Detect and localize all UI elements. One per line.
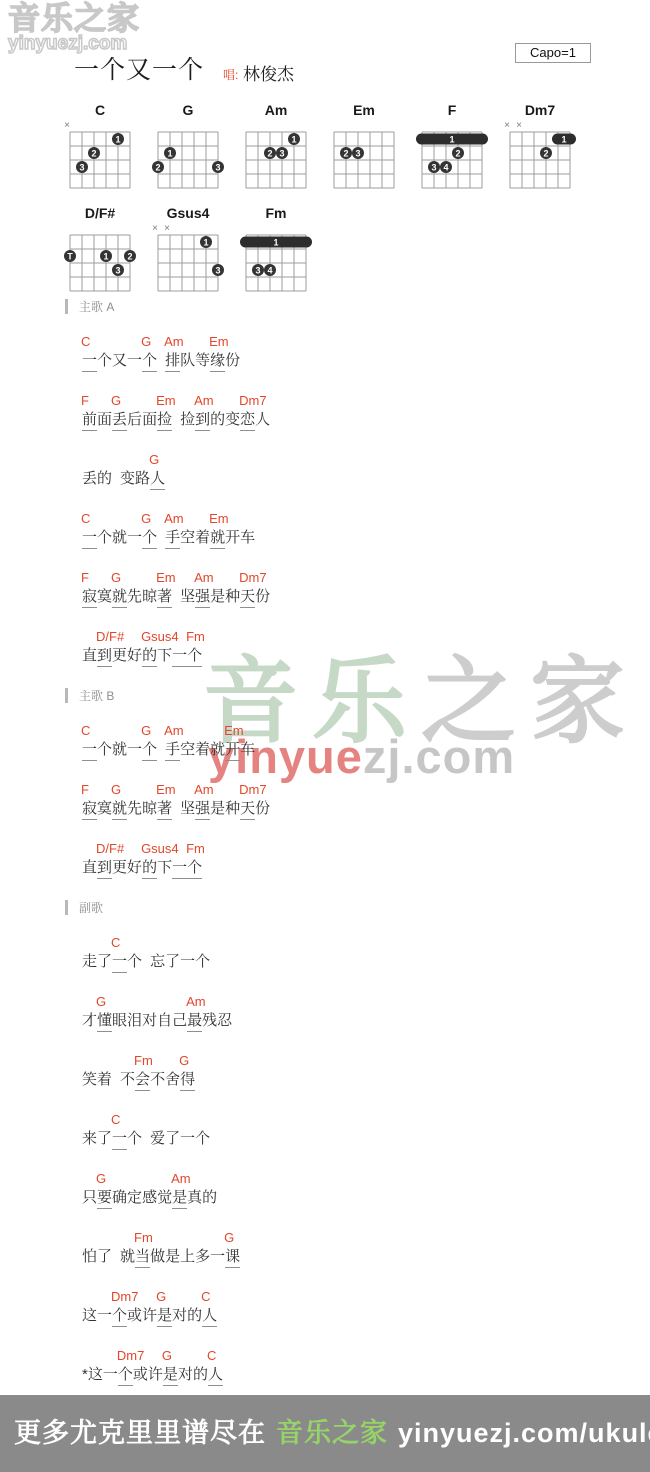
lyric-char: 面 xyxy=(142,409,157,430)
lyric-char: 对 xyxy=(172,1305,187,1326)
song-title: 一个又一个 xyxy=(74,50,204,86)
lyric-char: 到D/F# xyxy=(97,645,112,667)
lyric-char: 下 xyxy=(157,857,172,878)
chord-diagram-Em: Em23 xyxy=(322,102,406,197)
lyric-char: 忍 xyxy=(217,1010,232,1031)
lyric-char: 开Em xyxy=(225,739,240,761)
lyric-char: 怕 xyxy=(82,1246,97,1267)
lyric-char: 寞 xyxy=(97,586,112,607)
lyric-char: 爱 xyxy=(150,1128,165,1149)
chord-label: G xyxy=(141,724,151,737)
chord-diagram-D/F#: D/F#T123 xyxy=(58,205,142,300)
lyric-char: 个Fm xyxy=(187,857,202,879)
finger-number: 4 xyxy=(267,266,272,276)
lyric-char: 一C xyxy=(82,739,97,761)
lyric-char: 个 xyxy=(97,350,112,371)
lyric-char: 一 xyxy=(127,739,142,760)
lyric-char: 了 xyxy=(97,951,112,972)
lyric-char: 着 xyxy=(97,1069,112,1090)
lyric-char: 的 xyxy=(210,409,225,430)
chord-label: D/F# xyxy=(96,630,124,643)
footer-url: yinyuezj.com/ukulele xyxy=(398,1418,650,1448)
lyric-char: 个Fm xyxy=(187,645,202,667)
chord-grid-svg: 1234 xyxy=(410,118,494,192)
lyric-char: 好 xyxy=(127,645,142,666)
lyric-char: 得G xyxy=(180,1069,195,1091)
lyric-char: 种 xyxy=(225,798,240,819)
section-label-text: 主歌 B xyxy=(79,687,114,704)
lyric-char: 许 xyxy=(148,1364,163,1385)
lyric-char: 只 xyxy=(82,1187,97,1208)
lyric-char: 走 xyxy=(82,951,97,972)
chord-label: C xyxy=(81,512,90,525)
finger-number: 3 xyxy=(115,266,120,276)
chord-label: F xyxy=(81,571,89,584)
chord-label: Dm7 xyxy=(239,571,266,584)
chord-label: F xyxy=(81,394,89,407)
lyric-char: 手Am xyxy=(165,527,180,549)
lyric-char: 一 xyxy=(97,1305,112,1326)
lyric-char: 个 xyxy=(195,1128,210,1149)
site-logo: 音乐之家 yinyuezj.com xyxy=(8,2,140,54)
chord-name: Fm xyxy=(234,205,318,221)
lyric-char: 车 xyxy=(240,527,255,548)
lyric-char: 个G xyxy=(142,350,157,372)
muted-string-mark: × xyxy=(516,120,522,131)
finger-number: 2 xyxy=(543,149,548,159)
chord-label: Em xyxy=(209,335,229,348)
chord-label: Em xyxy=(156,394,176,407)
lyric-char: 眼 xyxy=(112,1010,127,1031)
lyric-char: 这 xyxy=(88,1364,103,1385)
lyric-char: 后 xyxy=(127,409,142,430)
lyric-char: 先 xyxy=(127,586,142,607)
chord-name: G xyxy=(146,102,230,118)
chord-label: Dm7 xyxy=(239,783,266,796)
watermark-cn-gray: 之家 xyxy=(421,649,639,755)
lyric-char: 又 xyxy=(112,350,127,371)
chord-label: Am xyxy=(164,724,184,737)
finger-number: 1 xyxy=(103,252,108,262)
lyric-char: 是 xyxy=(210,586,225,607)
lyric-char: 个 xyxy=(97,739,112,760)
barre-finger: 1 xyxy=(273,238,278,248)
lyric-char: 丢 xyxy=(82,468,97,489)
lyric-char: 恋Dm7 xyxy=(240,409,255,431)
lyric-line: 一C个就一个G手Am空着就开Em车 xyxy=(82,722,270,761)
chord-diagram-Fm: Fm134 xyxy=(234,205,318,300)
lyric-char: 忘 xyxy=(150,951,165,972)
chord-label: Fm xyxy=(186,842,205,855)
lyric-char: 直 xyxy=(82,857,97,878)
lyric-char: 就 xyxy=(120,1246,135,1267)
finger-number: 2 xyxy=(343,149,348,159)
chord-name: C xyxy=(58,102,142,118)
lyric-char: 的 xyxy=(187,1305,202,1326)
chord-row-2: D/F#T123Gsus4××13Fm134 xyxy=(58,205,582,300)
finger-number: 3 xyxy=(431,163,436,173)
chord-grid-svg: ×123 xyxy=(58,118,142,192)
chord-name: Dm7 xyxy=(498,102,582,118)
lyric-char: 著Em xyxy=(157,586,172,608)
lyric-char: 种 xyxy=(225,586,240,607)
lyric-char: 做 xyxy=(150,1246,165,1267)
chord-label: C xyxy=(207,1349,216,1362)
lyric-char: 一 xyxy=(172,857,187,879)
lyric-char: 强Am xyxy=(195,586,210,608)
lyric-char: 路 xyxy=(135,468,150,489)
lyric-line: 丢的变路人G xyxy=(82,451,270,490)
chord-label: Am xyxy=(171,1172,191,1185)
lyric-char: 丢G xyxy=(112,409,127,431)
chord-label: G xyxy=(141,512,151,525)
lyric-char: 人C xyxy=(208,1364,223,1386)
finger-number: 3 xyxy=(215,266,220,276)
chord-label: Fm xyxy=(186,630,205,643)
finger-number: 2 xyxy=(155,163,160,173)
lyric-char: 对 xyxy=(178,1364,193,1385)
lyric-char: 队 xyxy=(180,350,195,371)
lyric-char: 人G xyxy=(150,468,165,490)
chord-grid-svg: 134 xyxy=(234,221,318,295)
chord-diagram-C: C×123 xyxy=(58,102,142,197)
lyric-line: 寂F寞就G先晾著Em坚强Am是种天Dm7份 xyxy=(82,781,270,820)
lyric-line: 来了一C个爱了一个 xyxy=(82,1111,270,1150)
lyric-char: 真 xyxy=(187,1187,202,1208)
lyric-char: 就G xyxy=(112,586,127,608)
lyric-char: 或 xyxy=(133,1364,148,1385)
chord-label: Fm xyxy=(134,1231,153,1244)
chord-grid-svg: ××13 xyxy=(146,221,230,295)
lyric-char: 了 xyxy=(165,1128,180,1149)
lyric-char: 车 xyxy=(240,739,255,760)
lyric-char: 就 xyxy=(112,527,127,548)
lyric-char: 空 xyxy=(180,739,195,760)
chord-label: G xyxy=(96,995,106,1008)
chord-name: Gsus4 xyxy=(146,205,230,221)
finger-number: 2 xyxy=(127,252,132,262)
lyric-char: 或 xyxy=(127,1305,142,1326)
lyric-line: 直到D/F#更好的Gsus4下一个Fm xyxy=(82,628,270,667)
footer-banner: 更多尤克里里谱尽在音乐之家yinyuezj.com/ukulele xyxy=(0,1395,650,1472)
lyric-char: 是Am xyxy=(172,1187,187,1209)
lyric-char: 一 xyxy=(103,1364,118,1385)
finger-number: 1 xyxy=(115,135,120,145)
lyric-char: 残 xyxy=(202,1010,217,1031)
chord-label: C xyxy=(81,724,90,737)
lyric-line: 这一个Dm7或许是G对的人C xyxy=(82,1288,270,1327)
finger-number: 1 xyxy=(167,149,172,159)
vocal-label: 唱: xyxy=(223,66,238,83)
lyric-char: 是 xyxy=(210,798,225,819)
lyric-char: 舍 xyxy=(165,1069,180,1090)
lyric-char: 对 xyxy=(142,1010,157,1031)
lyric-char: 感 xyxy=(142,1187,157,1208)
lyric-char: 晾 xyxy=(142,586,157,607)
lyric-char: 下 xyxy=(157,645,172,666)
chord-label: C xyxy=(201,1290,210,1303)
artist-name: 林俊杰 xyxy=(243,60,294,85)
chord-label: Dm7 xyxy=(117,1349,144,1362)
lyric-char: 份 xyxy=(255,798,270,819)
lyric-line: 笑着不会Fm不舍得G xyxy=(82,1052,270,1091)
lyric-char: 缘Em xyxy=(210,350,225,372)
finger-number: 3 xyxy=(255,266,260,276)
lyric-char: 最Am xyxy=(187,1010,202,1032)
lyric-char: 一 xyxy=(210,1246,225,1267)
lyric-char: 不 xyxy=(150,1069,165,1090)
lyric-char: 当Fm xyxy=(135,1246,150,1268)
lyric-char: 己 xyxy=(172,1010,187,1031)
lyric-char: 直 xyxy=(82,645,97,666)
lyric-char: 的 xyxy=(202,1187,217,1208)
chord-label: Am xyxy=(164,335,184,348)
lyric-char: 一 xyxy=(127,527,142,548)
lyric-char: 份 xyxy=(255,586,270,607)
lyric-char: 天Dm7 xyxy=(240,798,255,820)
lyric-char: 一C xyxy=(112,951,127,973)
chord-label: Am xyxy=(194,783,214,796)
chord-label: G xyxy=(111,783,121,796)
sections: 主歌 A一C个又一个G排Am队等缘Em份前F面丢G后面捡Em捡到Am的变恋Dm7… xyxy=(65,298,270,1406)
chord-row-1: C×123G123Am123Em23F1234Dm7××12 xyxy=(58,102,582,197)
song-section: 主歌 A一C个又一个G排Am队等缘Em份前F面丢G后面捡Em捡到Am的变恋Dm7… xyxy=(65,298,270,667)
chord-label: Am xyxy=(186,995,206,1008)
lyric-char: 定 xyxy=(127,1187,142,1208)
chord-label: Fm xyxy=(134,1054,153,1067)
chord-label: G xyxy=(156,1290,166,1303)
lyric-char: 要G xyxy=(97,1187,112,1209)
finger-number: 3 xyxy=(215,163,220,173)
lyric-char: 是G xyxy=(157,1305,172,1327)
finger-number: 3 xyxy=(355,149,360,159)
lyric-char: 晾 xyxy=(142,798,157,819)
lyric-char: 笑 xyxy=(82,1069,97,1090)
chord-grid-svg: T123 xyxy=(58,221,142,295)
lyric-char: 前F xyxy=(82,409,97,431)
finger-number: 3 xyxy=(279,149,284,159)
chord-diagram-Am: Am123 xyxy=(234,102,318,197)
footer-text-prefix: 更多尤克里里谱尽在 xyxy=(14,1418,266,1448)
lyric-char: 排Am xyxy=(165,350,180,372)
lyric-char: 著Em xyxy=(157,798,172,820)
chord-label: Am xyxy=(194,571,214,584)
lyric-char: 就Em xyxy=(210,527,225,549)
lyric-char: 不 xyxy=(120,1069,135,1090)
chord-label: G xyxy=(224,1231,234,1244)
lyric-char: 着 xyxy=(195,527,210,548)
lyric-char: 是 xyxy=(165,1246,180,1267)
barre-finger: 1 xyxy=(561,135,566,145)
lyric-line: 走了一C个忘了一个 xyxy=(82,934,270,973)
section-bar xyxy=(65,299,68,314)
lyric-char: 懂G xyxy=(97,1010,112,1032)
muted-string-mark: × xyxy=(64,120,70,131)
section-bar xyxy=(65,688,68,703)
chord-name: Am xyxy=(234,102,318,118)
lyric-char: 个 xyxy=(195,951,210,972)
lyric-line: 前F面丢G后面捡Em捡到Am的变恋Dm7人 xyxy=(82,392,270,431)
chord-label: C xyxy=(111,936,120,949)
chord-label: Dm7 xyxy=(111,1290,138,1303)
finger-number: 2 xyxy=(455,149,460,159)
lyric-char: 变 xyxy=(225,409,240,430)
lyric-char: 更 xyxy=(112,857,127,878)
chord-label: Gsus4 xyxy=(141,630,179,643)
chord-label: Em xyxy=(156,571,176,584)
chord-label: Am xyxy=(164,512,184,525)
lyric-char: 个G xyxy=(142,739,157,761)
chord-label: G xyxy=(111,394,121,407)
lyric-char: 份 xyxy=(225,350,240,371)
lyric-char: 一 xyxy=(172,645,187,667)
chord-label: G xyxy=(162,1349,172,1362)
chord-name: Em xyxy=(322,102,406,118)
lyric-char: 是G xyxy=(163,1364,178,1386)
lyric-char: 寞 xyxy=(97,798,112,819)
lyric-char: 一C xyxy=(82,350,97,372)
chord-label: F xyxy=(81,783,89,796)
chord-diagrams: C×123G123Am123Em23F1234Dm7××12 D/F#T123G… xyxy=(58,102,582,300)
lyric-char: 面 xyxy=(97,409,112,430)
lyric-char: 坚 xyxy=(180,798,195,819)
lyric-char: 的Gsus4 xyxy=(142,645,157,667)
song-section: 主歌 B一C个就一个G手Am空着就开Em车寂F寞就G先晾著Em坚强Am是种天Dm… xyxy=(65,687,270,879)
lyric-char: 捡Em xyxy=(157,409,172,431)
lyric-char: 个 xyxy=(127,951,142,972)
lyric-char: 个G xyxy=(142,527,157,549)
lyric-char: 手Am xyxy=(165,739,180,761)
muted-string-mark: × xyxy=(164,223,170,234)
lyric-char: 就G xyxy=(112,798,127,820)
lyric-char: 多 xyxy=(195,1246,210,1267)
section-label: 主歌 B xyxy=(65,687,270,704)
lyric-line: 只要G确定感觉是Am真的 xyxy=(82,1170,270,1209)
chord-grid-svg: 123 xyxy=(146,118,230,192)
chord-label: Em xyxy=(209,512,229,525)
chord-label: Em xyxy=(224,724,244,737)
watermark-domain-gray: zj.com xyxy=(363,730,515,783)
lyric-char: 了 xyxy=(165,951,180,972)
lyric-char: 人 xyxy=(255,409,270,430)
section-label-text: 副歌 xyxy=(79,899,103,916)
lyric-char: 等 xyxy=(195,350,210,371)
lyric-char: 这 xyxy=(82,1305,97,1326)
lyric-char: 了 xyxy=(97,1128,112,1149)
finger-number: 2 xyxy=(91,149,96,159)
chord-diagram-Dm7: Dm7××12 xyxy=(498,102,582,197)
lyric-char: 开 xyxy=(225,527,240,548)
muted-string-mark: × xyxy=(504,120,510,131)
lyric-char: 强Am xyxy=(195,798,210,820)
lyric-char: 确 xyxy=(112,1187,127,1208)
lyric-char: 才 xyxy=(82,1010,97,1031)
finger-number: 1 xyxy=(203,238,208,248)
lyric-char: 一C xyxy=(82,527,97,549)
chord-label: G xyxy=(141,335,151,348)
finger-number: 1 xyxy=(291,135,296,145)
lyric-line: 直到D/F#更好的Gsus4下一个Fm xyxy=(82,840,270,879)
lyric-char: 好 xyxy=(127,857,142,878)
lyric-char: 一 xyxy=(180,1128,195,1149)
lyric-char: 个Dm7 xyxy=(112,1305,127,1327)
lyric-char: 会Fm xyxy=(135,1069,150,1091)
site-logo-title: 音乐之家 xyxy=(8,2,140,36)
footer-brand: 音乐之家 xyxy=(276,1418,388,1448)
lyric-char: 坚 xyxy=(180,586,195,607)
lyric-char: 一 xyxy=(127,350,142,371)
chord-diagram-G: G123 xyxy=(146,102,230,197)
lyric-char: 的 xyxy=(193,1364,208,1385)
lyric-char: 到D/F# xyxy=(97,857,112,879)
lyric-char: 变 xyxy=(120,468,135,489)
lyric-char: 来 xyxy=(82,1128,97,1149)
lyric-char: 到Am xyxy=(195,409,210,431)
lyric-char: 寂F xyxy=(82,798,97,820)
lyric-char: 一C xyxy=(112,1128,127,1150)
section-label: 副歌 xyxy=(65,899,270,916)
lyric-line: 一C个又一个G排Am队等缘Em份 xyxy=(82,333,270,372)
lyric-char: 个Dm7 xyxy=(118,1364,133,1386)
chord-label: Dm7 xyxy=(239,394,266,407)
chord-name: F xyxy=(410,102,494,118)
lyric-char: 泪 xyxy=(127,1010,142,1031)
lyric-line: 寂F寞就G先晾著Em坚强Am是种天Dm7份 xyxy=(82,569,270,608)
lyric-char: 人C xyxy=(202,1305,217,1327)
lyric-char: 课G xyxy=(225,1246,240,1268)
chord-label: G xyxy=(149,453,159,466)
chord-label: C xyxy=(111,1113,120,1126)
lyric-char: 的 xyxy=(97,468,112,489)
chord-diagram-Gsus4: Gsus4××13 xyxy=(146,205,230,300)
chord-label: C xyxy=(81,335,90,348)
lyric-char: 更 xyxy=(112,645,127,666)
lyric-line: *这一个Dm7或许是G对的人C xyxy=(82,1347,270,1386)
section-bar xyxy=(65,900,68,915)
lyric-char: 天Dm7 xyxy=(240,586,255,608)
lyric-char: 就 xyxy=(112,739,127,760)
section-label-text: 主歌 A xyxy=(79,298,114,315)
lyric-char: 个 xyxy=(127,1128,142,1149)
lyric-char: 就 xyxy=(210,739,225,760)
chord-label: G xyxy=(179,1054,189,1067)
lyric-line: 一C个就一个G手Am空着就Em开车 xyxy=(82,510,270,549)
lyric-char: 捡 xyxy=(180,409,195,430)
chord-diagram-F: F1234 xyxy=(410,102,494,197)
muted-string-mark: × xyxy=(152,223,158,234)
lyric-char: 空 xyxy=(180,527,195,548)
lyric-char: 了 xyxy=(97,1246,112,1267)
lyric-char: 上 xyxy=(180,1246,195,1267)
chord-label: G xyxy=(96,1172,106,1185)
chord-label: G xyxy=(111,571,121,584)
chord-grid-svg: 123 xyxy=(234,118,318,192)
lyric-char: 的Gsus4 xyxy=(142,857,157,879)
finger-number: 3 xyxy=(79,163,84,173)
song-section: 副歌走了一C个忘了一个才懂G眼泪对自己最Am残忍笑着不会Fm不舍得G来了一C个爱… xyxy=(65,899,270,1386)
finger-number: 2 xyxy=(267,149,272,159)
chord-grid-svg: 23 xyxy=(322,118,406,192)
chord-name: D/F# xyxy=(58,205,142,221)
barre-finger: 1 xyxy=(449,135,454,145)
lyric-char: 先 xyxy=(127,798,142,819)
chord-label: Em xyxy=(156,783,176,796)
lyric-char: 许 xyxy=(142,1305,157,1326)
lyric-char: 个 xyxy=(97,527,112,548)
chord-grid-svg: ××12 xyxy=(498,118,582,192)
lyric-char: 觉 xyxy=(157,1187,172,1208)
chord-label: Am xyxy=(194,394,214,407)
